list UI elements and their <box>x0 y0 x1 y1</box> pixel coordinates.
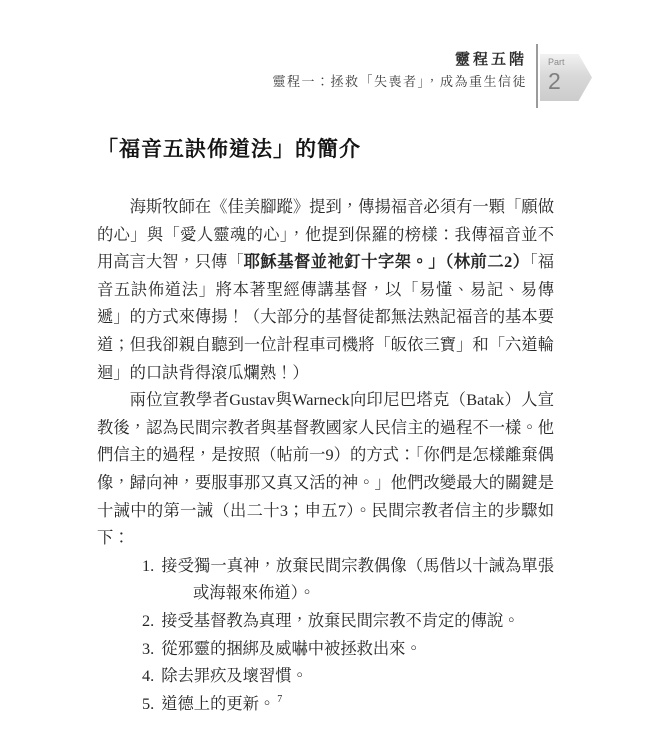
step-text: 道德上的更新。 <box>161 694 275 713</box>
page-header: 靈程五階 靈程一：拯救「失喪者」，成為重生信徒 Part 2 <box>272 42 592 108</box>
conversion-steps-list: 1.接受獨一真神，放棄民間宗教偶像（馬偕以十誡為單張或海報來佈道）。 2.接受基… <box>97 552 554 718</box>
step-number: 1. <box>142 556 154 575</box>
paragraph-1-continued: 「福音五訣佈道法」將本著聖經傳講基督，以「易懂、易記、易傳遞」的方式來傳揚！（大… <box>97 252 554 381</box>
step-text: 接受獨一真神，放棄民間宗教偶像（馬偕以十誡為單張或海報來佈道）。 <box>161 556 554 603</box>
part-badge: Part 2 <box>536 42 592 108</box>
list-item: 5.道德上的更新。7 <box>142 690 554 718</box>
list-item: 3.從邪靈的捆綁及威嚇中被拯救出來。 <box>142 635 554 663</box>
step-number: 3. <box>142 639 154 658</box>
list-item: 4.除去罪疚及壞習慣。 <box>142 662 554 690</box>
step-text: 除去罪疚及壞習慣。 <box>161 666 308 685</box>
part-arrow-tab: Part 2 <box>540 54 592 101</box>
book-title: 靈程五階 <box>272 50 527 70</box>
part-label: Part <box>548 57 592 68</box>
step-number: 4. <box>142 666 154 685</box>
badge-divider-rule <box>536 44 538 108</box>
list-item: 2.接受基督教為真理，放棄民間宗教不肯定的傳說。 <box>142 607 554 635</box>
footnote-reference: 7 <box>277 694 282 705</box>
scripture-quote: 耶穌基督並祂釘十字架。」（林前二2） <box>244 252 530 271</box>
step-text: 接受基督教為真理，放棄民間宗教不肯定的傳說。 <box>161 611 519 630</box>
paragraph-2: 兩位宣教學者Gustav與Warneck向印尼巴塔克（Batak）人宣教後，認為… <box>97 386 554 552</box>
list-item: 1.接受獨一真神，放棄民間宗教偶像（馬偕以十誡為單張或海報來佈道）。 <box>142 552 554 607</box>
main-text-block: 「福音五訣佈道法」的簡介 海斯牧師在《佳美腳蹤》提到，傳揚福音必須有一顆「願做的… <box>97 134 554 717</box>
section-title: 「福音五訣佈道法」的簡介 <box>97 134 554 166</box>
paragraph-1: 海斯牧師在《佳美腳蹤》提到，傳揚福音必須有一顆「願做的心」與「愛人靈魂的心」，他… <box>97 193 554 386</box>
step-text: 從邪靈的捆綁及威嚇中被拯救出來。 <box>161 639 422 658</box>
part-number: 2 <box>548 68 592 94</box>
chapter-subtitle: 靈程一：拯救「失喪者」，成為重生信徒 <box>272 72 527 92</box>
step-number: 5. <box>142 694 154 713</box>
book-page: 靈程五階 靈程一：拯救「失喪者」，成為重生信徒 Part 2 「福音五訣佈道法」… <box>0 0 650 750</box>
step-number: 2. <box>142 611 154 630</box>
running-head-text: 靈程五階 靈程一：拯救「失喪者」，成為重生信徒 <box>272 42 527 92</box>
